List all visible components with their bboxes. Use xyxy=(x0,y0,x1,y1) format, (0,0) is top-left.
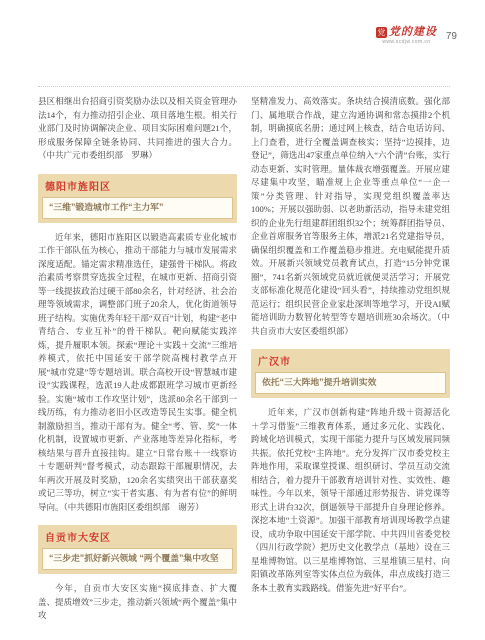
article-body-guanghan: 近年来，广汉市创新构建“阵地升级＋资源活化＋学习借鉴”三维教育体系，通过多元化、… xyxy=(251,406,450,595)
logo-title: 党的建设 xyxy=(389,27,437,38)
article-body-zigong-start: 今年，自贡市大安区实施“摸底排查、扩大覆盖、提质增效”三步走，推动新兴领域“两个… xyxy=(38,582,237,623)
page-number: 79 xyxy=(446,31,457,42)
article-subtitle-zigong: “三步走”抓好新兴领域 “两个覆盖”集中攻坚 xyxy=(42,548,233,570)
logo-url: www.scdjw.com.cn xyxy=(376,39,437,45)
section-header-zigong: 自贡市大安区 “三步走”抓好新兴领域 “两个覆盖”集中攻坚 xyxy=(38,525,237,574)
continuation-divider xyxy=(38,86,450,87)
article-continuation-guangyuan: 县区相继出台招商引资奖励办法以及相关资金管理办法14个，有力推动招引企业、项目落… xyxy=(38,95,237,163)
article-subtitle-guanghan: 依托“三大阵地”提升培训实效 xyxy=(255,372,446,394)
page-header: 党 党的建设 www.scdjw.com.cn 79 xyxy=(376,27,457,45)
region-title-zigong: 自贡市大安区 xyxy=(42,528,233,548)
logo-row: 党 党的建设 xyxy=(376,27,437,38)
section-header-guanghan: 广汉市 依托“三大阵地”提升培训实效 xyxy=(251,349,450,398)
region-title-deyang: 德阳市旌阳区 xyxy=(42,177,233,197)
article-subtitle-deyang: “三维”锻造城市工作“主力军” xyxy=(42,197,233,219)
article-body-zigong-continuation: 坚精准发力、高效落实。条块结合摸清底数。强化部门、属地联合作战，建立沟通协调和常… xyxy=(251,95,450,338)
magazine-page: 党 党的建设 www.scdjw.com.cn 79 县区相继出台招商引资奖励办… xyxy=(0,0,485,640)
logo-seal-icon: 党 xyxy=(376,27,387,38)
section-header-deyang: 德阳市旌阳区 “三维”锻造城市工作“主力军” xyxy=(38,174,237,223)
region-title-guanghan: 广汉市 xyxy=(255,352,446,372)
magazine-logo: 党 党的建设 www.scdjw.com.cn xyxy=(376,27,437,45)
left-column: 县区相继出台招商引资奖励办法以及相关资金管理办法14个，有力推动招引企业、项目落… xyxy=(38,95,237,623)
text-columns: 县区相继出台招商引资奖励办法以及相关资金管理办法14个，有力推动招引企业、项目落… xyxy=(38,95,450,623)
right-column: 坚精准发力、高效落实。条块结合摸清底数。强化部门、属地联合作战，建立沟通协调和常… xyxy=(251,95,450,623)
article-body-deyang: 近年来，德阳市旌阳区以锻造高素质专业化城市工作干部队伍为核心，推动干部能力与城市… xyxy=(38,231,237,515)
